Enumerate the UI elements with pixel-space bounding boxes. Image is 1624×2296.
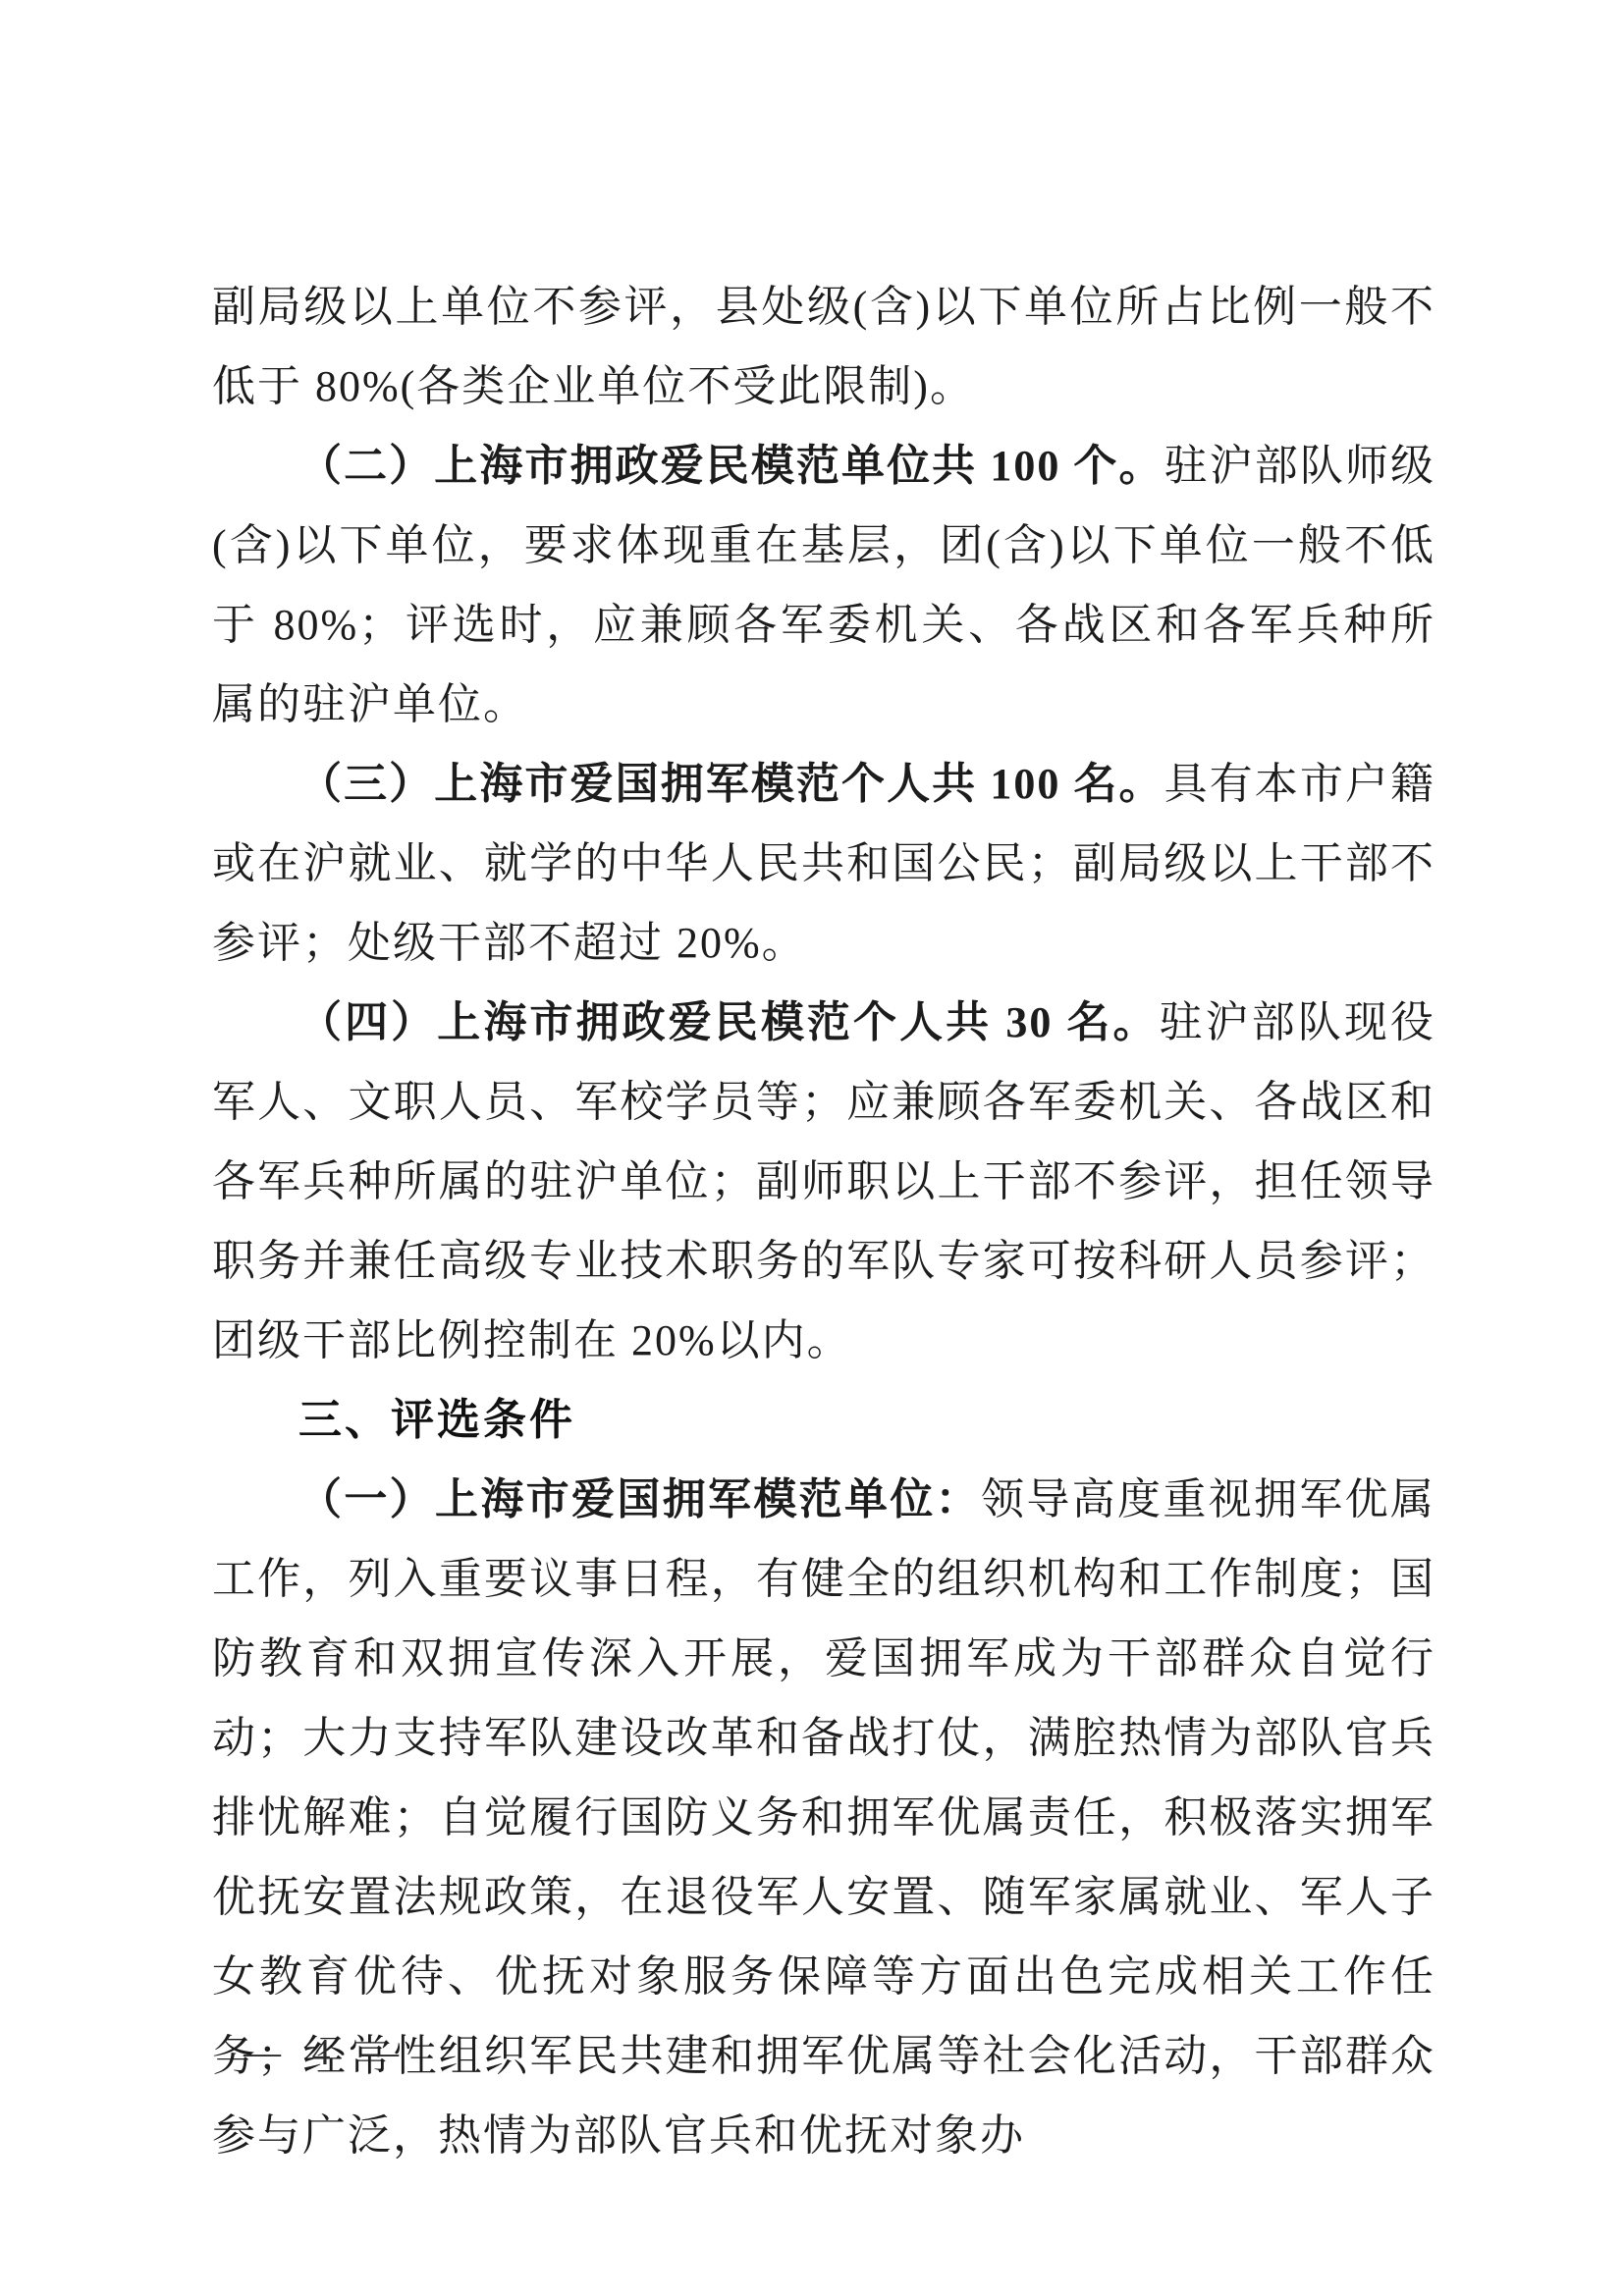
paragraph-text: 副局级以上单位不参评，县处级(含)以下单位所占比例一般不低于 80%(各类企业单… (212, 283, 1435, 410)
document-page: 副局级以上单位不参评，县处级(含)以下单位所占比例一般不低于 80%(各类企业单… (0, 0, 1624, 2296)
section-heading: 三、评选条件 (212, 1380, 1435, 1460)
document-body: 副局级以上单位不参评，县处级(含)以下单位所占比例一般不低于 80%(各类企业单… (212, 267, 1435, 2175)
paragraph-text: 驻沪部队现役军人、文职人员、军校学员等；应兼顾各军委机关、各战区和各军兵种所属的… (212, 998, 1435, 1364)
paragraph: 副局级以上单位不参评，县处级(含)以下单位所占比例一般不低于 80%(各类企业单… (212, 267, 1435, 426)
paragraph-lead: （一）上海市爱国拥军模范单位： (298, 1475, 981, 1523)
paragraph-lead: （三）上海市爱国拥军模范个人共 100 名。 (298, 760, 1164, 808)
paragraph: （四）上海市拥政爱民模范个人共 30 名。驻沪部队现役军人、文职人员、军校学员等… (212, 983, 1435, 1380)
page-number: — 4 — (244, 2032, 403, 2073)
page-footer: — 4 — (244, 2032, 403, 2073)
paragraph-lead: （二）上海市拥政爱民模范单位共 100 个。 (298, 442, 1164, 490)
paragraph: （三）上海市爱国拥军模范个人共 100 名。具有本市户籍或在沪就业、就学的中华人… (212, 744, 1435, 983)
paragraph: （二）上海市拥政爱民模范单位共 100 个。驻沪部队师级(含)以下单位，要求体现… (212, 426, 1435, 744)
paragraph-lead: （四）上海市拥政爱民模范个人共 30 名。 (298, 998, 1160, 1046)
